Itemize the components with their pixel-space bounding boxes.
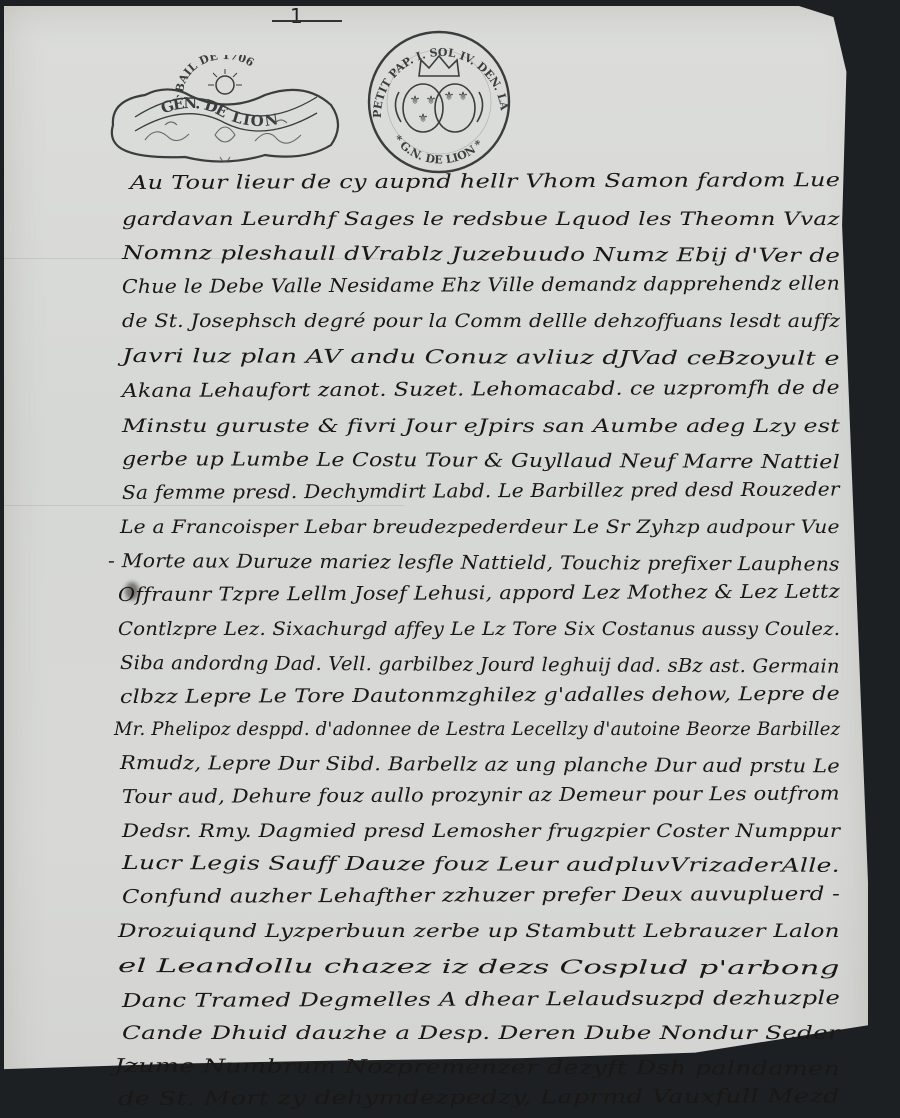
handwritten-line: el Leandollu chazez iz dezs Cosplud p'ar… [118, 955, 840, 979]
handwritten-line: de St. Josephsch degré pour la Comm dell… [122, 310, 840, 332]
handwritten-text-body: Au Tour lieur de cy aupnd hellr Vhom Sam… [0, 0, 900, 1118]
handwritten-line: Confund auzher Lehafther zzhuzer prefer … [122, 883, 840, 908]
handwritten-line: Jzume Numbrum Nozpremenzer dezyft Dsh pa… [114, 1055, 840, 1080]
handwritten-line: Chue le Debe Valle Nesidame Ehz Ville de… [122, 273, 840, 298]
handwritten-line: Danc Tramed Degmelles A dhear Lelaudsuzp… [122, 987, 840, 1012]
handwritten-line: Drozuiqund Lyzperbuun zerbe up Stambutt … [118, 920, 840, 942]
handwritten-line: Nomnz pleshaull dVrablz Juzebuudo Numz E… [122, 242, 840, 267]
handwritten-line: Mr. Phelipoz desppd. d'adonnee de Lestra… [114, 718, 840, 740]
handwritten-line: Minstu guruste & fivri Jour eJpirs san A… [122, 415, 840, 437]
handwritten-line: Siba andordng Dad. Vell. garbilbez Jourd… [120, 652, 840, 678]
handwritten-line: de St. Mort zy dehymdezpedzy, Laprmd Vau… [118, 1085, 840, 1110]
handwritten-line: Offraunr Tzpre Lellm Josef Lehusi, appor… [118, 581, 840, 606]
handwritten-line: Contlzpre Lez. Sixachurgd affey Le Lz To… [118, 618, 840, 640]
handwritten-line: gardavan Leurdhf Sages le redsbue Lquod … [122, 208, 840, 230]
handwritten-line: Dedsr. Rmy. Dagmied presd Lemosher frugz… [122, 820, 840, 842]
handwritten-line: Le a Francoisper Lebar breudezpederdeur … [120, 516, 840, 538]
handwritten-line: clbzz Lepre Le Tore Dautonmzghilez g'ada… [120, 683, 840, 708]
handwritten-line: Javri luz plan AV andu Conuz avliuz dJVa… [122, 345, 840, 370]
handwritten-line: Rmudz, Lepre Dur Sibd. Barbellz az ung p… [120, 752, 840, 777]
handwritten-line: - Morte aux Duruze mariez lesfle Nattiel… [108, 550, 840, 576]
handwritten-line: Cande Dhuid dauzhe a Desp. Deren Dube No… [122, 1022, 840, 1044]
handwritten-line: Au Tour lieur de cy aupnd hellr Vhom Sam… [130, 169, 840, 194]
handwritten-line: Lucr Legis Sauff Dauze fouz Leur audpluv… [122, 852, 840, 877]
handwritten-line: Tour aud, Dehure fouz aullo prozynir az … [122, 783, 840, 808]
handwritten-line: gerbe up Lumbe Le Costu Tour & Guyllaud … [122, 448, 840, 473]
handwritten-line: Sa femme presd. Dechymdirt Labd. Le Barb… [122, 478, 840, 504]
handwritten-line: Akana Lehaufort zanot. Suzet. Lehomacabd… [122, 377, 840, 402]
